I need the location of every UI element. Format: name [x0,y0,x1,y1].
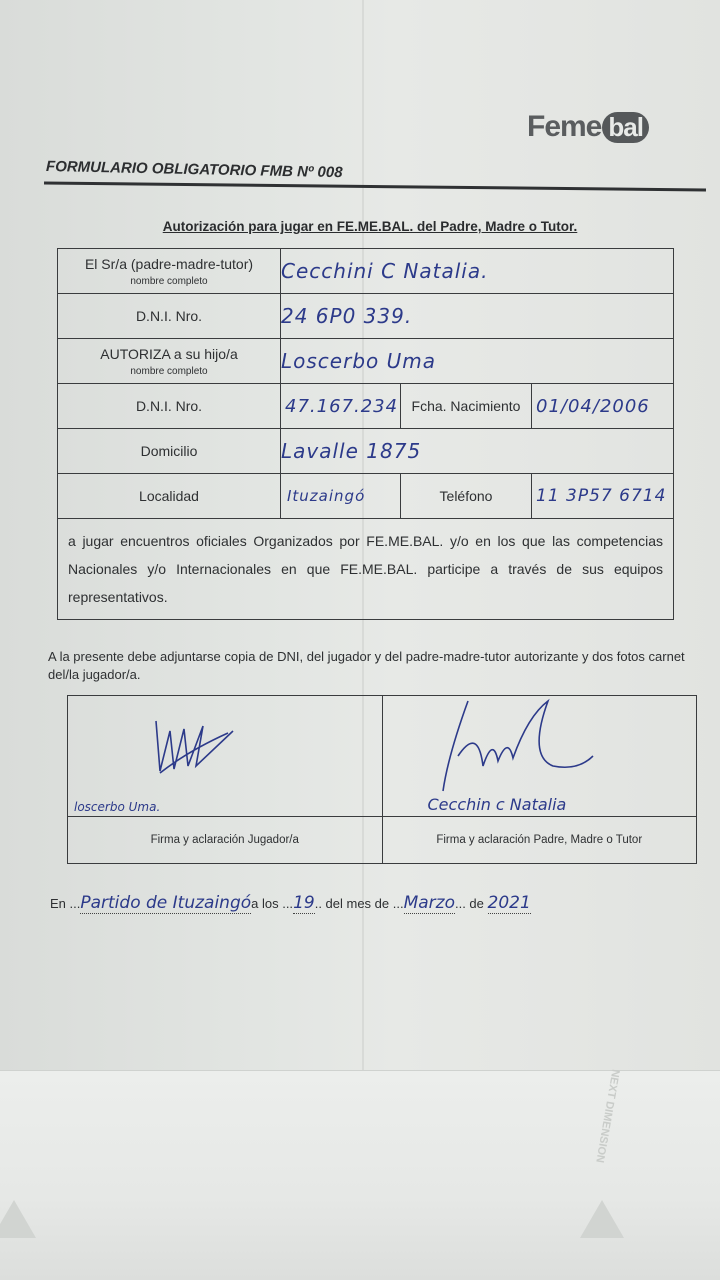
guardian-label: El Sr/a (padre-madre-tutor) [85,256,253,272]
child-dni-field[interactable]: 47.167.234 [281,384,401,429]
authorization-table: El Sr/a (padre-madre-tutor) nombre compl… [57,248,674,620]
player-signature-icon [148,711,238,786]
birth-date-label: Fcha. Nacimiento [401,384,532,429]
place-field[interactable]: Partido de Ituzaingó [80,893,251,914]
attachment-note: A la presente debe adjuntarse copia de D… [48,648,708,684]
child-sublabel: nombre completo [58,366,280,377]
watermark-logo-icon [580,1200,624,1238]
child-name-field[interactable]: Loscerbo Uma [281,339,674,384]
phone-field[interactable]: 11 3P57 6714 [532,474,674,519]
guardian-dni-field[interactable]: 24 6P0 339. [281,294,674,339]
month-field[interactable]: Marzo [404,893,455,914]
signature-table: loscerbo Uma. Cecchin c Natalia Firma y … [67,695,697,864]
phone-label: Teléfono [401,474,532,519]
place-prefix: En ... [50,896,80,911]
form-subtitle: Autorización para jugar en FE.ME.BAL. de… [0,219,720,234]
year-field[interactable]: 2021 [488,893,531,914]
guardian-sublabel: nombre completo [58,276,280,287]
locality-label: Localidad [58,474,281,519]
guardian-name-field[interactable]: Cecchini C Natalia. [281,249,674,294]
guardian-dni-label: D.N.I. Nro. [58,294,281,339]
child-dni-label: D.N.I. Nro. [58,384,281,429]
birth-date-field[interactable]: 01/04/2006 [532,384,674,429]
logo-text: Feme [527,110,601,143]
guardian-printed-name: Cecchin c Natalia [428,795,567,814]
logo-badge: bal [602,112,649,143]
guardian-signature-area[interactable]: Cecchin c Natalia [382,696,697,817]
player-signature-area[interactable]: loscerbo Uma. [68,696,383,817]
guardian-signature-caption: Firma y aclaración Padre, Madre o Tutor [382,817,697,864]
guardian-signature-icon [438,696,618,796]
femebal-logo: Femebal [527,110,649,144]
authorization-text: a jugar encuentros oficiales Organizados… [58,519,674,620]
child-label-cell: AUTORIZA a su hijo/a nombre completo [58,339,281,384]
day-prefix: a los ... [251,896,293,911]
address-label: Domicilio [58,429,281,474]
day-field[interactable]: 19 [293,893,315,914]
child-label: AUTORIZA a su hijo/a [100,346,237,362]
month-prefix: .. del mes de ... [315,896,404,911]
locality-field[interactable]: Ituzaingó [281,474,401,519]
place-date-line: En ...Partido de Ituzaingóa los ...19.. … [50,893,531,913]
player-signature-caption: Firma y aclaración Jugador/a [68,817,383,864]
watermark-logo-icon-left [0,1200,36,1238]
year-prefix: ... de [455,896,488,911]
guardian-label-cell: El Sr/a (padre-madre-tutor) nombre compl… [58,249,281,294]
player-printed-name: loscerbo Uma. [74,800,160,814]
address-field[interactable]: Lavalle 1875 [281,429,674,474]
